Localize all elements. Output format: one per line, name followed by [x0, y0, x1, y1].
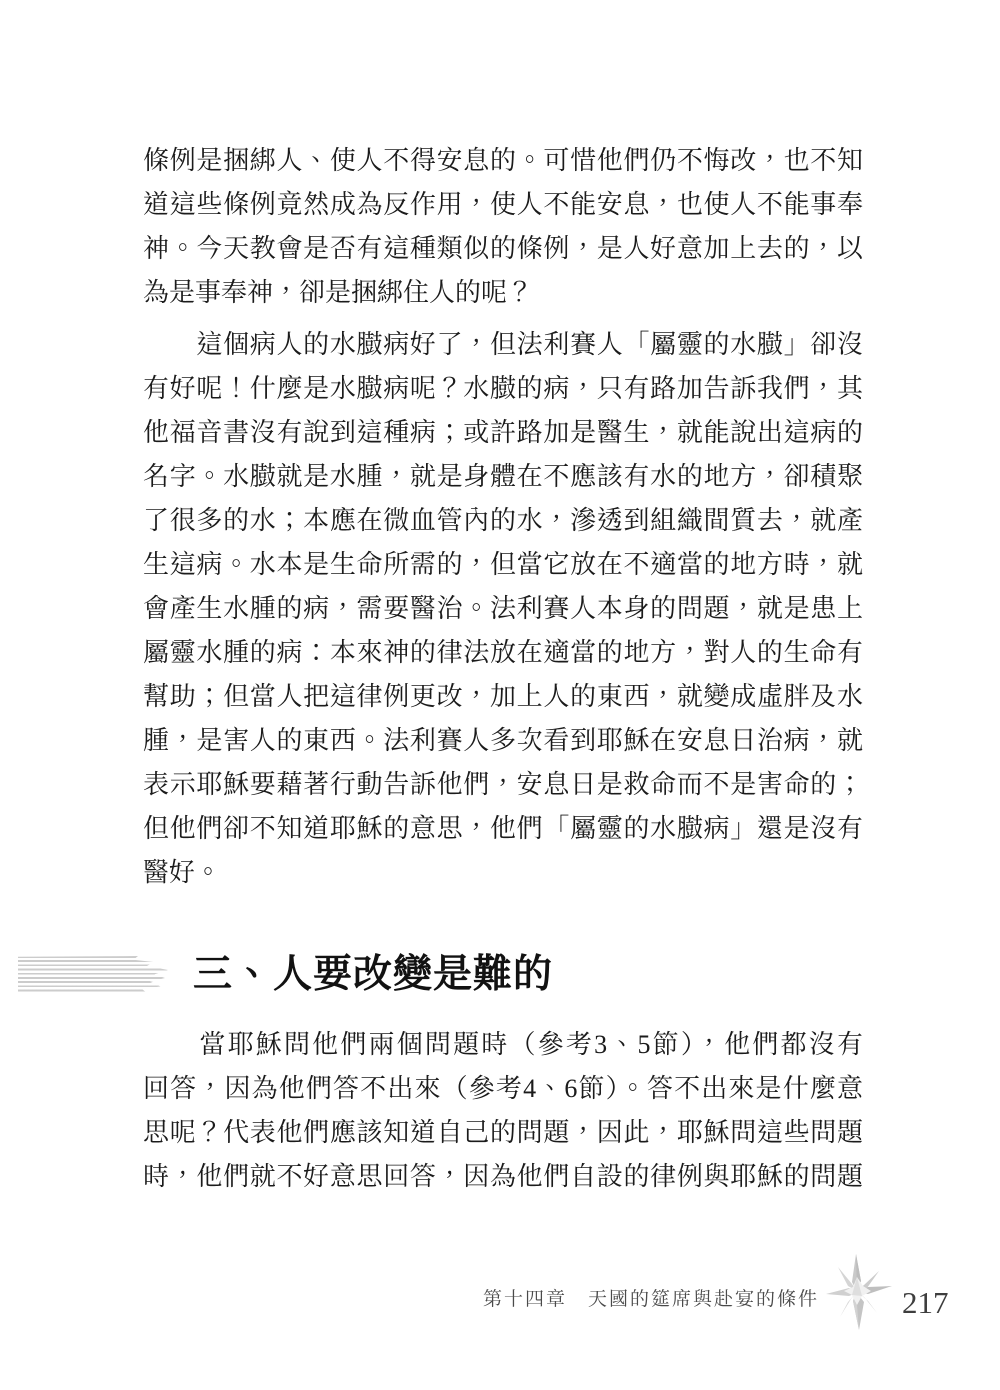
section-heading-row: 三、人要改變是難的	[143, 951, 863, 999]
section-heading: 三、人要改變是難的	[193, 951, 553, 999]
text-line: 會產生水腫的病，需要醫治。法利賽人本身的問題，就是患上	[143, 587, 863, 631]
text-line: 神。今天教會是否有這種類似的條例，是人好意加上去的，以	[143, 227, 863, 271]
sparkle-star-icon	[826, 1254, 892, 1330]
text-line: 醫好。	[143, 851, 863, 895]
text-line: 思呢？代表他們應該知道自己的問題，因此，耶穌問這些問題	[143, 1111, 863, 1155]
running-title: 第十四章 天國的筵席與赴宴的條件	[483, 1286, 819, 1314]
text-line: 時，他們就不好意思回答，因為他們自設的律例與耶穌的問題	[143, 1155, 863, 1199]
text-line: 有好呢！什麼是水臌病呢？水臌的病，只有路加告訴我們，其	[143, 367, 863, 411]
paragraph-1: 條例是捆綁人、使人不得安息的。可惜他們仍不悔改，也不知道這些條例竟然成為反作用，…	[143, 139, 863, 315]
text-line: 道這些條例竟然成為反作用，使人不能安息，也使人不能事奉	[143, 183, 863, 227]
text-line: 屬靈水腫的病：本來神的律法放在適當的地方，對人的生命有	[143, 631, 863, 675]
text-line: 表示耶穌要藉著行動告訴他們，安息日是救命而不是害命的；	[143, 763, 863, 807]
text-line: 腫，是害人的東西。法利賽人多次看到耶穌在安息日治病，就	[143, 719, 863, 763]
paragraph-2: 這個病人的水臌病好了，但法利賽人「屬靈的水臌」卻沒有好呢！什麼是水臌病呢？水臌的…	[143, 323, 863, 895]
text-line: 生這病。水本是生命所需的，但當它放在不適當的地方時，就	[143, 543, 863, 587]
text-line: 但他們卻不知道耶穌的意思，他們「屬靈的水臌病」還是沒有	[143, 807, 863, 851]
page-number: 217	[902, 1285, 949, 1321]
text-line: 了很多的水；本應在微血管內的水，滲透到組織間質去，就產	[143, 499, 863, 543]
text-line: 條例是捆綁人、使人不得安息的。可惜他們仍不悔改，也不知	[143, 139, 863, 183]
text-line: 他福音書沒有說到這種病；或許路加是醫生，就能說出這病的	[143, 411, 863, 455]
book-page: 條例是捆綁人、使人不得安息的。可惜他們仍不悔改，也不知道這些條例竟然成為反作用，…	[0, 0, 1000, 1390]
text-line: 名字。水臌就是水腫，就是身體在不應該有水的地方，卻積聚	[143, 455, 863, 499]
text-line: 幫助；但當人把這律例更改，加上人的東西，就變成虛胖及水	[143, 675, 863, 719]
text-line: 回答，因為他們答不出來（參考4、6節）。答不出來是什麼意	[143, 1067, 863, 1111]
text-line: 為是事奉神，卻是捆綁住人的呢？	[143, 271, 863, 315]
paragraph-3: 當耶穌問他們兩個問題時（參考3、5節），他們都沒有回答，因為他們答不出來（參考4…	[143, 1023, 863, 1199]
text-line: 當耶穌問他們兩個問題時（參考3、5節），他們都沒有	[143, 1023, 863, 1067]
text-column: 條例是捆綁人、使人不得安息的。可惜他們仍不悔改，也不知道這些條例竟然成為反作用，…	[143, 139, 863, 1199]
text-line: 這個病人的水臌病好了，但法利賽人「屬靈的水臌」卻沒	[143, 323, 863, 367]
